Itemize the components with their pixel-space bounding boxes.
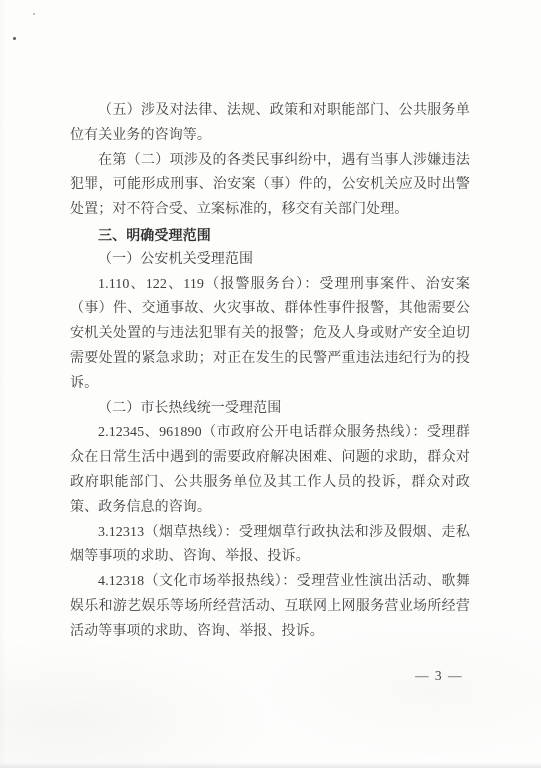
scan-speck xyxy=(13,37,16,40)
subsection-heading-2-mayor-hotline-scope: （二）市长热线统一受理范围 xyxy=(70,397,470,422)
page-bottom-edge-shadow xyxy=(0,762,541,768)
paragraph-2-government-hotline: 2.12345、961890（市政府公开电话群众服务热线）：受理群众在日常生活中… xyxy=(70,421,470,520)
paragraph-4-culture-market-hotline: 4.12318（文化市场举报热线）：受理营业性演出活动、歌舞娱乐和游艺娱乐等场所… xyxy=(70,570,470,644)
paragraph-1-police-hotlines: 1.110、122、119（报警服务台）：受理刑事案件、治安案（事）件、交通事故… xyxy=(70,273,470,397)
subsection-heading-1-police-scope: （一）公安机关受理范围 xyxy=(70,248,470,273)
page-number: — 3 — xyxy=(408,668,470,684)
section-heading-3-acceptance-scope: 三、明确受理范围 xyxy=(70,223,470,248)
paragraph-civil-dispute-handling: 在第（二）项涉及的各类民事纠纷中，遇有当事人涉嫌违法犯罪，可能形成刑事、治安案（… xyxy=(70,149,470,223)
paragraph-3-tobacco-hotline: 3.12313（烟草热线）：受理烟草行政执法和涉及假烟、走私烟等事项的求助、咨询… xyxy=(70,521,470,571)
scanned-document-page: （五）涉及对法律、法规、政策和对职能部门、公共服务单位有关业务的咨询等。 在第（… xyxy=(0,0,541,768)
document-body: （五）涉及对法律、法规、政策和对职能部门、公共服务单位有关业务的咨询等。 在第（… xyxy=(70,99,470,645)
scan-speck xyxy=(33,13,35,15)
paragraph-item-5-consultation: （五）涉及对法律、法规、政策和对职能部门、公共服务单位有关业务的咨询等。 xyxy=(70,99,470,149)
